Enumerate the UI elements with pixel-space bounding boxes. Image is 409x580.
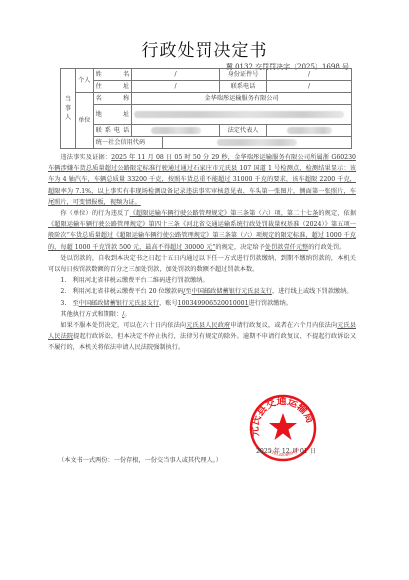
penalty-amount: 处罚款壹仟元整 bbox=[265, 244, 308, 251]
appeal-text-1: 如果不服本处罚决定，可以在六十日内依法向 bbox=[60, 322, 186, 329]
legal-rep-value bbox=[267, 125, 352, 137]
decision-text-3: 的规定，决定给予 bbox=[215, 244, 265, 251]
other-method-end: 。 bbox=[124, 311, 130, 318]
redacted-address bbox=[134, 111, 344, 118]
redacted-credit-code bbox=[217, 139, 297, 146]
other-method-label: 其他执行方式和期限： bbox=[60, 311, 122, 318]
individual-name-value: / bbox=[132, 69, 220, 81]
violated-law: 《超限运输车辆行驶公路管理规定》第三条第（六）项、第二十七条 bbox=[130, 210, 319, 217]
payment-intro: 处以罚款的，自收到本决定书之日起十五日内通过以下任一方式进行罚款缴纳，到期不缴纳… bbox=[48, 253, 356, 275]
appeal-text-3: 提起行政诉讼，但本决定不停止执行，法律另有规定的除外。逾期不申请行政复议、不提起… bbox=[48, 333, 356, 351]
payment-bank-3: 中国邮政储蓄银行元氏县支行 bbox=[79, 300, 159, 307]
decision-text-4: 的行政处罚。 bbox=[308, 244, 345, 251]
individual-address-label: 住 址 bbox=[93, 81, 132, 93]
unit-address-value bbox=[132, 105, 352, 125]
individual-id-value: / bbox=[267, 69, 352, 81]
credit-code-value bbox=[163, 137, 352, 149]
unit-address-label: 地 址 bbox=[93, 105, 132, 125]
review-authority: 元氏县人民政府 bbox=[186, 322, 230, 329]
party-info-table: 当事人 个人 姓 名 / 身份证件号 / 住 址 / 联系电话 / 单位 名 称… bbox=[60, 68, 352, 149]
facts-text: 2025 年 11 月 08 日 05 时 50 分 29 秒，金华瑞彤运输服务… bbox=[48, 154, 356, 206]
unit-group-label: 单位 bbox=[75, 93, 93, 149]
payment-method-2: 2. 利用河北省非税云缴费平台 20 位缴款码 bbox=[60, 288, 183, 295]
individual-address-value: / bbox=[132, 81, 220, 93]
credit-code-label: 统一社会信用代码 bbox=[93, 137, 162, 149]
footer-note: （本文书一式两份：一份存根，一份交当事人或其代理人。） bbox=[58, 455, 222, 464]
redacted-phone bbox=[151, 127, 201, 134]
payment-method-2c: ，进行线上或线下罚款缴纳。 bbox=[272, 288, 352, 295]
appeal-text-2: 申请行政复议，或者在六个月内依法向 bbox=[230, 322, 337, 329]
redacted-legal-rep bbox=[287, 127, 332, 134]
individual-phone-label: 联系电话 bbox=[220, 81, 267, 93]
facts-lead: 违法事实及证据： bbox=[60, 154, 111, 161]
unit-phone-label: 联系电话 bbox=[93, 125, 132, 137]
decision-text-2: 的规定，依据 bbox=[318, 210, 356, 217]
party-label: 当事人 bbox=[61, 69, 76, 149]
bank-account-number: 100349906520010001 bbox=[178, 300, 249, 307]
decision-date: 2025 年 12 月 01 日 bbox=[256, 446, 316, 455]
individual-phone-value: / bbox=[267, 81, 352, 93]
payment-bank-2: 中国邮政储蓄银行元氏县支行 bbox=[192, 288, 272, 295]
individual-group-label: 个人 bbox=[75, 69, 93, 93]
individual-id-label: 身份证件号 bbox=[220, 69, 267, 81]
payment-method-3b: ，账号 bbox=[159, 300, 178, 307]
payment-method-3c: 进行罚款缴纳。 bbox=[249, 300, 292, 307]
facts-section: 违法事实及证据：2025 年 11 月 08 日 05 时 50 分 29 秒，… bbox=[48, 152, 356, 354]
individual-name-label: 姓 名 bbox=[93, 69, 132, 81]
payment-method-3: 3. 至 bbox=[60, 300, 78, 307]
legal-rep-label: 法定代表人 bbox=[220, 125, 267, 137]
decision-text-1: 你（单位）的行为违反了 bbox=[60, 210, 129, 217]
unit-name-value: 金华瑞彤运输服务有限公司 bbox=[132, 93, 352, 105]
unit-name-label: 名 称 bbox=[93, 93, 132, 105]
payment-method-1: 1. 利用河北省非税云缴费平台二维码进行罚款缴纳。 bbox=[48, 275, 356, 286]
unit-phone-value bbox=[132, 125, 220, 137]
document-title: 行政处罚决定书 bbox=[0, 36, 409, 61]
